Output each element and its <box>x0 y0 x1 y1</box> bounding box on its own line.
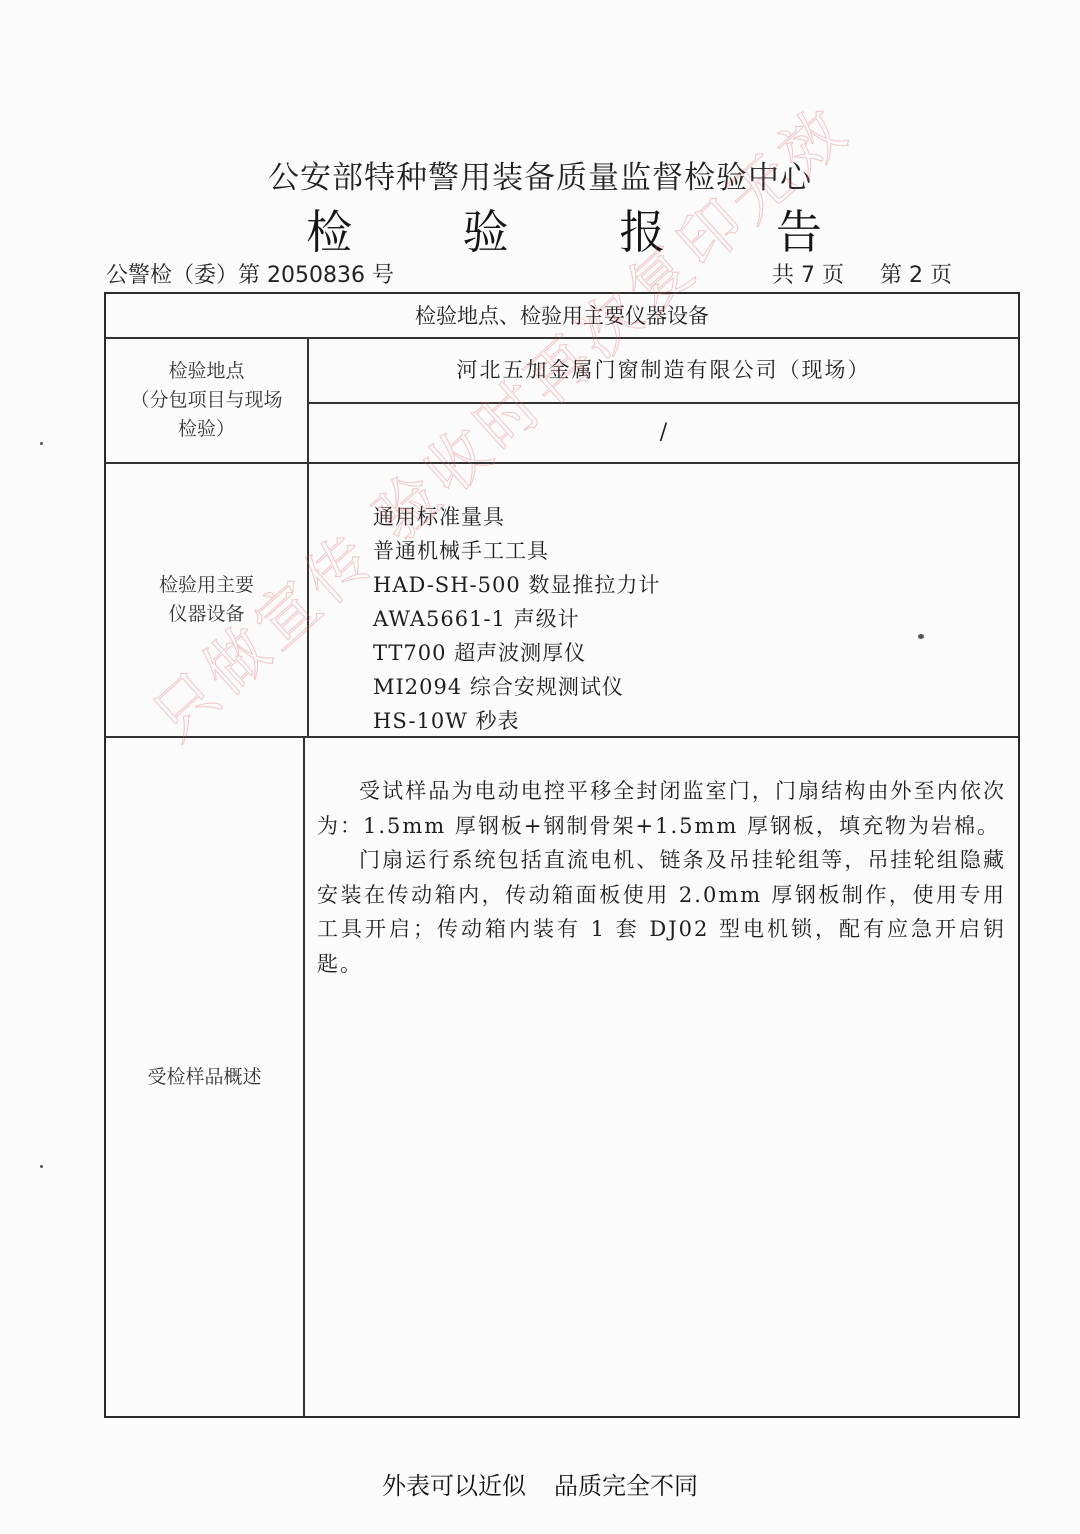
report-title: 检 验 报 告 <box>0 196 1080 262</box>
inspection-table: 检验地点、检验用主要仪器设备 检验地点 （分包项目与现场 检验） 河北五加金属门… <box>104 292 1020 1418</box>
label-line: 检验） <box>130 415 282 444</box>
label-line: 检验用主要 <box>159 571 254 600</box>
list-item: MI2094 综合安规测试仪 <box>373 670 660 704</box>
inspection-site-row: 检验地点 （分包项目与现场 检验） 河北五加金属门窗制造有限公司（现场） / <box>106 339 1018 464</box>
site-subcontract: / <box>309 404 1018 462</box>
scan-speck <box>40 1165 43 1168</box>
list-item: HS-10W 秒表 <box>373 704 660 738</box>
equipment-list: 通用标准量具 普通机械手工工具 HAD-SH-500 数显推拉力计 AWA566… <box>373 500 660 738</box>
label-line: 仪器设备 <box>159 600 254 629</box>
list-item: 通用标准量具 <box>373 500 660 534</box>
current-page: 第 2 页 <box>880 263 952 288</box>
list-item: 普通机械手工工具 <box>373 534 660 568</box>
sample-overview-row: 受检样品概述 受试样品为电动电控平移全封闭监室门，门扇结构由外至内依次为：1.5… <box>106 738 1018 1416</box>
organization-title: 公安部特种警用装备质量监督检验中心 <box>0 152 1080 197</box>
equipment-label: 检验用主要 仪器设备 <box>106 464 309 736</box>
list-item: TT700 超声波测厚仪 <box>373 636 660 670</box>
table-section-title: 检验地点、检验用主要仪器设备 <box>106 294 1018 339</box>
scan-speck <box>918 634 924 639</box>
paragraph: 门扇运行系统包括直流电机、链条及吊挂轮组等，吊挂轮组隐藏安装在传动箱内，传动箱面… <box>317 843 1006 981</box>
list-item: HAD-SH-500 数显推拉力计 <box>373 568 660 602</box>
scan-speck <box>40 442 43 445</box>
caption-part-1: 外表可以近似 <box>382 1472 526 1500</box>
inspection-site-value: 河北五加金属门窗制造有限公司（现场） / <box>309 339 1018 462</box>
label-line: 检验地点 <box>130 357 282 386</box>
label-line: （分包项目与现场 <box>130 386 282 415</box>
page-indicator: 共 7 页第 2 页 <box>772 258 952 289</box>
equipment-row: 检验用主要 仪器设备 通用标准量具 普通机械手工工具 HAD-SH-500 数显… <box>106 464 1018 738</box>
sample-overview-value: 受试样品为电动电控平移全封闭监室门，门扇结构由外至内依次为：1.5mm 厚钢板+… <box>305 738 1018 1416</box>
caption: 外表可以近似品质完全不同 <box>0 1466 1080 1501</box>
sample-overview-label: 受检样品概述 <box>106 738 305 1416</box>
total-pages: 共 7 页 <box>772 263 844 288</box>
report-number: 公警检（委）第 2050836 号 <box>106 258 394 289</box>
list-item: AWA5661-1 声级计 <box>373 602 660 636</box>
site-company: 河北五加金属门窗制造有限公司（现场） <box>309 339 1018 402</box>
equipment-value: 通用标准量具 普通机械手工工具 HAD-SH-500 数显推拉力计 AWA566… <box>309 464 1018 736</box>
sample-description: 受试样品为电动电控平移全封闭监室门，门扇结构由外至内依次为：1.5mm 厚钢板+… <box>317 774 1006 981</box>
paragraph: 受试样品为电动电控平移全封闭监室门，门扇结构由外至内依次为：1.5mm 厚钢板+… <box>317 774 1006 843</box>
inspection-site-label: 检验地点 （分包项目与现场 检验） <box>106 339 309 462</box>
caption-part-2: 品质完全不同 <box>554 1472 698 1500</box>
